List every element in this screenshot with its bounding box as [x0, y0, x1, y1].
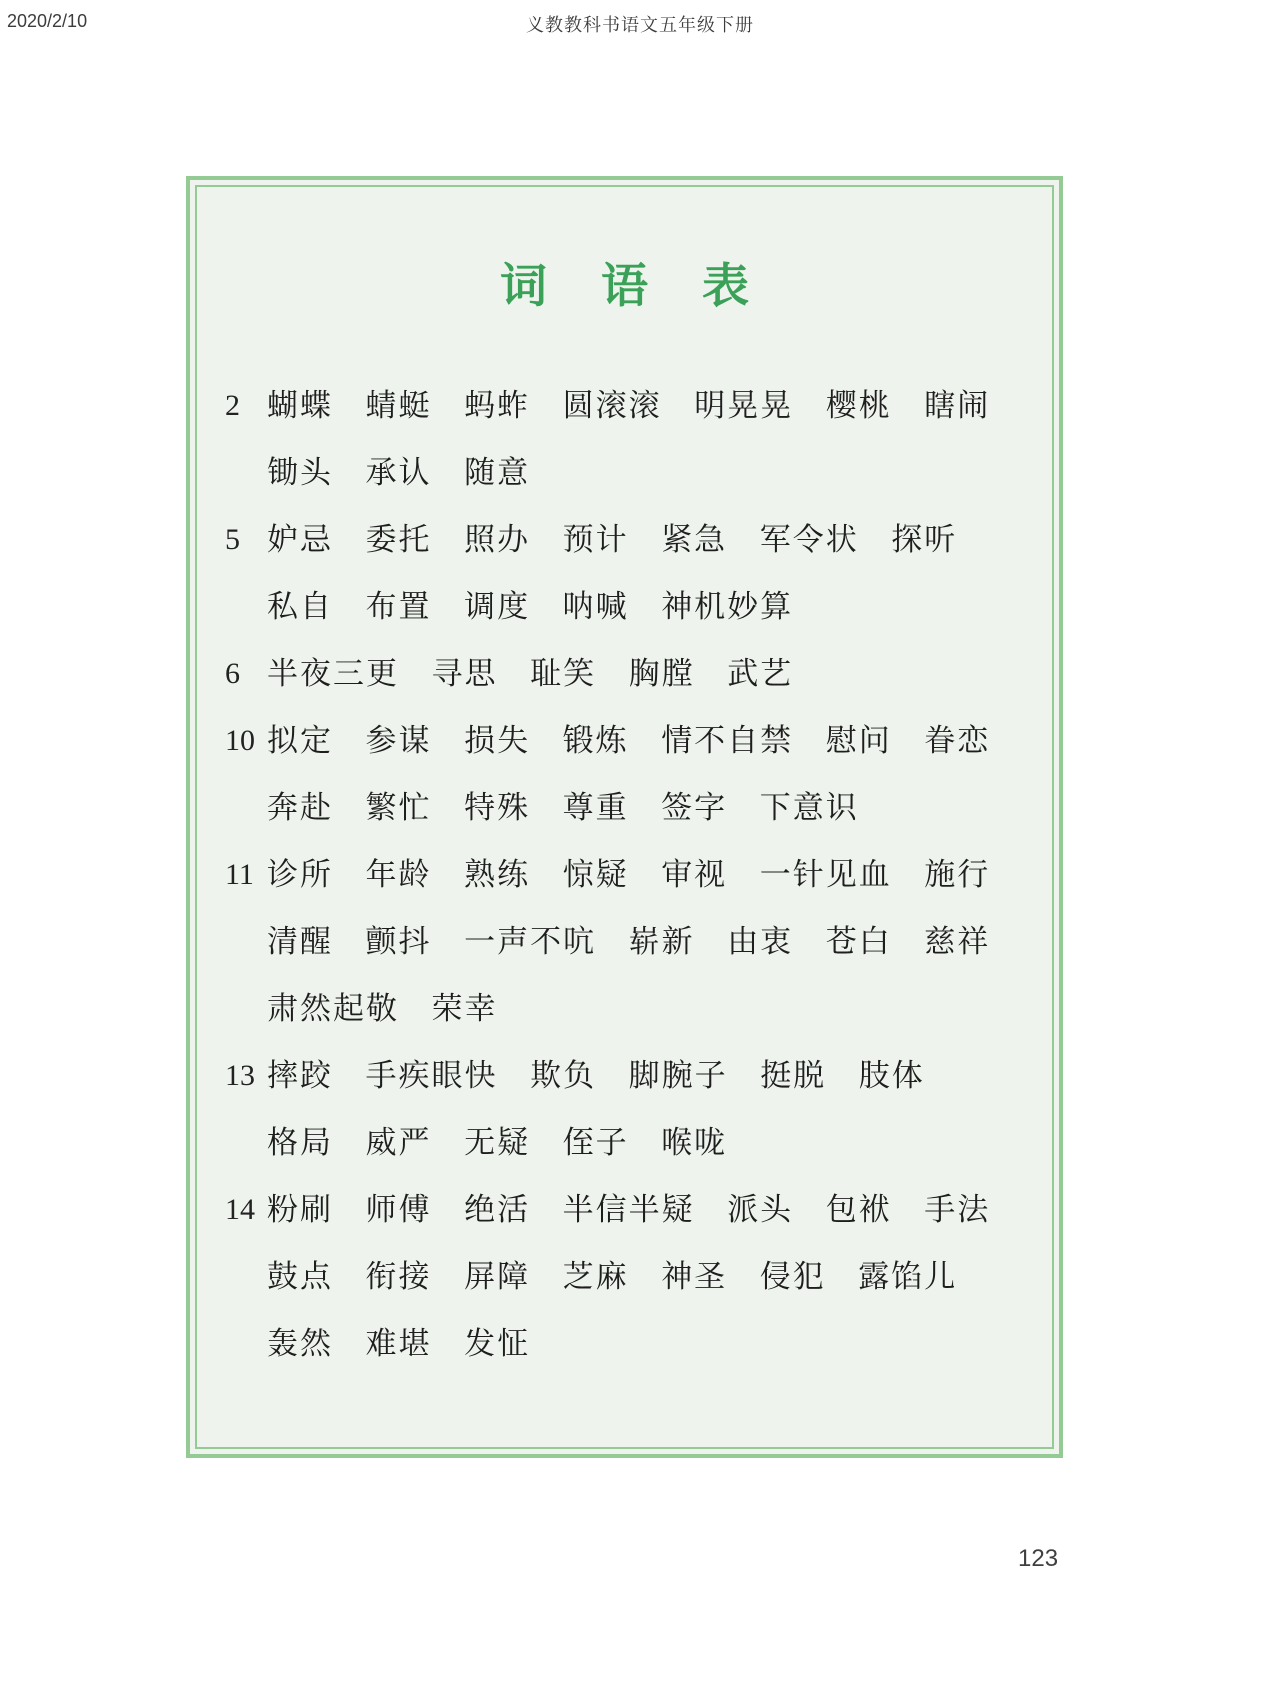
- word: 格局: [267, 1109, 333, 1176]
- word: 慰问: [826, 707, 892, 774]
- textbook-page: 2020/2/10 义教教科书语文五年级下册 人教版® 词 语 表 2蝴蝶蜻蜓蚂…: [0, 0, 1280, 1695]
- word: 师傅: [366, 1176, 432, 1243]
- word: 圆滚滚: [563, 372, 662, 439]
- word-line: 轰然难堪发怔: [267, 1310, 1038, 1377]
- word: 耻笑: [530, 640, 596, 707]
- word-line: 清醒颤抖一声不吭崭新由衷苍白慈祥: [267, 908, 1038, 975]
- wordlist-entry: 5妒忌委托照办预计紧急军令状探听私自布置调度呐喊神机妙算: [211, 506, 1038, 640]
- word: 军令状: [760, 506, 859, 573]
- word: 奔赴: [267, 774, 333, 841]
- word: 包袱: [826, 1176, 892, 1243]
- word: 蚂蚱: [464, 372, 530, 439]
- word: 繁忙: [366, 774, 432, 841]
- wordlist-entry: 10拟定参谋损失锻炼情不自禁慰问眷恋奔赴繁忙特殊尊重签字下意识: [211, 707, 1038, 841]
- entry-lines: 摔跤手疾眼快欺负脚腕子挺脱肢体格局威严无疑侄子喉咙: [267, 1042, 1038, 1176]
- word: 签字: [661, 774, 727, 841]
- wordlist-entry: 6半夜三更寻思耻笑胸膛武艺: [211, 640, 1038, 707]
- word: 蝴蝶: [267, 372, 333, 439]
- word: 半信半疑: [563, 1176, 695, 1243]
- lesson-number: 11: [211, 841, 267, 908]
- word: 瞎闹: [924, 372, 990, 439]
- header-doc-title: 义教教科书语文五年级下册: [0, 11, 1280, 37]
- word: 下意识: [760, 774, 859, 841]
- page-number: 123: [1018, 1545, 1058, 1573]
- word: 诊所: [267, 841, 333, 908]
- word-line: 诊所年龄熟练惊疑审视一针见血施行: [267, 841, 1038, 908]
- word: 武艺: [727, 640, 793, 707]
- word: 屏障: [464, 1243, 530, 1310]
- word: 侄子: [563, 1109, 629, 1176]
- word: 慈祥: [924, 908, 990, 975]
- word-line: 锄头承认随意: [267, 439, 1038, 506]
- word: 呐喊: [563, 573, 629, 640]
- word: 私自: [267, 573, 333, 640]
- word: 清醒: [267, 908, 333, 975]
- word-line: 奔赴繁忙特殊尊重签字下意识: [267, 774, 1038, 841]
- wordlist-box: 词 语 表 2蝴蝶蜻蜓蚂蚱圆滚滚明晃晃樱桃瞎闹锄头承认随意5妒忌委托照办预计紧急…: [186, 176, 1063, 1458]
- wordlist-entries: 2蝴蝶蜻蜓蚂蚱圆滚滚明晃晃樱桃瞎闹锄头承认随意5妒忌委托照办预计紧急军令状探听私…: [211, 372, 1038, 1377]
- word: 脚腕子: [629, 1042, 728, 1109]
- word: 随意: [464, 439, 530, 506]
- wordlist-entry: 2蝴蝶蜻蜓蚂蚱圆滚滚明晃晃樱桃瞎闹锄头承认随意: [211, 372, 1038, 506]
- entry-lines: 诊所年龄熟练惊疑审视一针见血施行清醒颤抖一声不吭崭新由衷苍白慈祥肃然起敬荣幸: [267, 841, 1038, 1042]
- word-line: 妒忌委托照办预计紧急军令状探听: [267, 506, 1038, 573]
- word: 锻炼: [563, 707, 629, 774]
- word: 挺脱: [760, 1042, 826, 1109]
- word: 樱桃: [826, 372, 892, 439]
- word: 由衷: [727, 908, 793, 975]
- word: 锄头: [267, 439, 333, 506]
- word: 无疑: [464, 1109, 530, 1176]
- word: 颤抖: [366, 908, 432, 975]
- word: 调度: [464, 573, 530, 640]
- word: 发怔: [464, 1310, 530, 1377]
- word: 威严: [366, 1109, 432, 1176]
- word: 神机妙算: [661, 573, 793, 640]
- word: 拟定: [267, 707, 333, 774]
- word: 侵犯: [760, 1243, 826, 1310]
- lesson-number: 6: [211, 640, 267, 707]
- lesson-number: 2: [211, 372, 267, 439]
- lesson-number: 13: [211, 1042, 267, 1109]
- word-line: 摔跤手疾眼快欺负脚腕子挺脱肢体: [267, 1042, 1038, 1109]
- entry-lines: 拟定参谋损失锻炼情不自禁慰问眷恋奔赴繁忙特殊尊重签字下意识: [267, 707, 1038, 841]
- word: 肢体: [859, 1042, 925, 1109]
- word: 特殊: [464, 774, 530, 841]
- word: 妒忌: [267, 506, 333, 573]
- wordlist-box-inner: 词 语 表 2蝴蝶蜻蜓蚂蚱圆滚滚明晃晃樱桃瞎闹锄头承认随意5妒忌委托照办预计紧急…: [195, 185, 1054, 1449]
- lesson-number: 10: [211, 707, 267, 774]
- entry-lines: 妒忌委托照办预计紧急军令状探听私自布置调度呐喊神机妙算: [267, 506, 1038, 640]
- word: 情不自禁: [661, 707, 793, 774]
- word: 损失: [464, 707, 530, 774]
- lesson-number: 5: [211, 506, 267, 573]
- word: 审视: [661, 841, 727, 908]
- word: 苍白: [826, 908, 892, 975]
- word: 探听: [891, 506, 957, 573]
- wordlist-entry: 13摔跤手疾眼快欺负脚腕子挺脱肢体格局威严无疑侄子喉咙: [211, 1042, 1038, 1176]
- word: 摔跤: [267, 1042, 333, 1109]
- word-line: 拟定参谋损失锻炼情不自禁慰问眷恋: [267, 707, 1038, 774]
- word: 寻思: [432, 640, 498, 707]
- entry-lines: 蝴蝶蜻蜓蚂蚱圆滚滚明晃晃樱桃瞎闹锄头承认随意: [267, 372, 1038, 506]
- word: 一针见血: [760, 841, 892, 908]
- word: 施行: [924, 841, 990, 908]
- word: 照办: [464, 506, 530, 573]
- word-line: 格局威严无疑侄子喉咙: [267, 1109, 1038, 1176]
- wordlist-entry: 11诊所年龄熟练惊疑审视一针见血施行清醒颤抖一声不吭崭新由衷苍白慈祥肃然起敬荣幸: [211, 841, 1038, 1042]
- wordlist-title: 词 语 表: [211, 249, 1038, 316]
- word: 粉刷: [267, 1176, 333, 1243]
- word: 预计: [563, 506, 629, 573]
- word-line: 蝴蝶蜻蜓蚂蚱圆滚滚明晃晃樱桃瞎闹: [267, 372, 1038, 439]
- word-line: 鼓点衔接屏障芝麻神圣侵犯露馅儿: [267, 1243, 1038, 1310]
- word: 喉咙: [661, 1109, 727, 1176]
- word: 欺负: [530, 1042, 596, 1109]
- word: 惊疑: [563, 841, 629, 908]
- word: 芝麻: [563, 1243, 629, 1310]
- word: 胸膛: [629, 640, 695, 707]
- word: 绝活: [464, 1176, 530, 1243]
- word-line: 私自布置调度呐喊神机妙算: [267, 573, 1038, 640]
- word-line: 粉刷师傅绝活半信半疑派头包袱手法: [267, 1176, 1038, 1243]
- word: 眷恋: [924, 707, 990, 774]
- word: 手法: [924, 1176, 990, 1243]
- word: 蜻蜓: [366, 372, 432, 439]
- wordlist-entry: 14粉刷师傅绝活半信半疑派头包袱手法鼓点衔接屏障芝麻神圣侵犯露馅儿轰然难堪发怔: [211, 1176, 1038, 1377]
- word: 熟练: [464, 841, 530, 908]
- word: 紧急: [661, 506, 727, 573]
- word: 年龄: [366, 841, 432, 908]
- word: 荣幸: [432, 975, 498, 1042]
- word: 衔接: [366, 1243, 432, 1310]
- word-line: 半夜三更寻思耻笑胸膛武艺: [267, 640, 1038, 707]
- word: 明晃晃: [694, 372, 793, 439]
- word: 难堪: [366, 1310, 432, 1377]
- word: 鼓点: [267, 1243, 333, 1310]
- word: 手疾眼快: [366, 1042, 498, 1109]
- word: 布置: [366, 573, 432, 640]
- lesson-number: 14: [211, 1176, 267, 1243]
- word: 委托: [366, 506, 432, 573]
- word: 承认: [366, 439, 432, 506]
- entry-lines: 半夜三更寻思耻笑胸膛武艺: [267, 640, 1038, 707]
- word: 露馅儿: [858, 1243, 957, 1310]
- entry-lines: 粉刷师傅绝活半信半疑派头包袱手法鼓点衔接屏障芝麻神圣侵犯露馅儿轰然难堪发怔: [267, 1176, 1038, 1377]
- word: 尊重: [563, 774, 629, 841]
- word: 崭新: [629, 908, 695, 975]
- word: 肃然起敬: [267, 975, 399, 1042]
- word: 神圣: [661, 1243, 727, 1310]
- word: 参谋: [366, 707, 432, 774]
- word-line: 肃然起敬荣幸: [267, 975, 1038, 1042]
- word: 轰然: [267, 1310, 333, 1377]
- word: 一声不吭: [464, 908, 596, 975]
- word: 半夜三更: [267, 640, 399, 707]
- word: 派头: [727, 1176, 793, 1243]
